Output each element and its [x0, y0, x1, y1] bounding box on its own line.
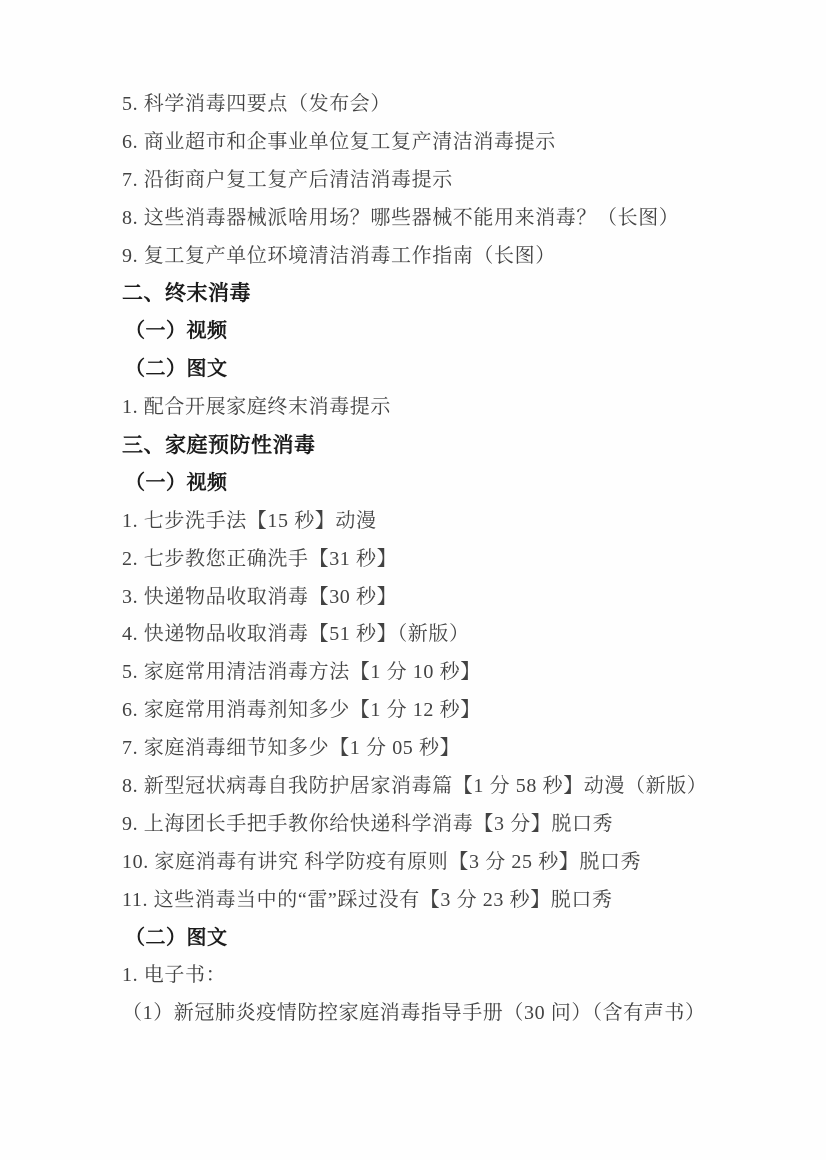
section-heading: 二、终末消毒 — [122, 275, 746, 313]
list-item: 5. 家庭常用清洁消毒方法【1 分 10 秒】 — [122, 654, 746, 692]
list-item: 9. 复工复产单位环境清洁消毒工作指南（长图） — [122, 238, 746, 276]
list-item: 7. 家庭消毒细节知多少【1 分 05 秒】 — [122, 730, 746, 768]
list-item: 1. 配合开展家庭终末消毒提示 — [122, 389, 746, 427]
list-item: 6. 家庭常用消毒剂知多少【1 分 12 秒】 — [122, 692, 746, 730]
subsection-heading: （二）图文 — [122, 920, 746, 958]
list-item: （1）新冠肺炎疫情防控家庭消毒指导手册（30 问）（含有声书） — [122, 995, 746, 1033]
section-heading: 三、家庭预防性消毒 — [122, 427, 746, 465]
list-item: 11. 这些消毒当中的“雷”踩过没有【3 分 23 秒】脱口秀 — [122, 882, 746, 920]
list-item: 8. 这些消毒器械派啥用场？哪些器械不能用来消毒？（长图） — [122, 200, 746, 238]
subsection-heading: （一）视频 — [122, 465, 746, 503]
document-page: 5. 科学消毒四要点（发布会）6. 商业超市和企事业单位复工复产清洁消毒提示7.… — [0, 0, 826, 1160]
list-item: 3. 快递物品收取消毒【30 秒】 — [122, 579, 746, 617]
list-item: 9. 上海团长手把手教你给快递科学消毒【3 分】脱口秀 — [122, 806, 746, 844]
list-item: 5. 科学消毒四要点（发布会） — [122, 86, 746, 124]
list-item: 8. 新型冠状病毒自我防护居家消毒篇【1 分 58 秒】动漫（新版） — [122, 768, 746, 806]
list-item: 4. 快递物品收取消毒【51 秒】（新版） — [122, 616, 746, 654]
subsection-heading: （一）视频 — [122, 313, 746, 351]
list-item: 6. 商业超市和企事业单位复工复产清洁消毒提示 — [122, 124, 746, 162]
list-item: 10. 家庭消毒有讲究 科学防疫有原则【3 分 25 秒】脱口秀 — [122, 844, 746, 882]
subsection-heading: （二）图文 — [122, 351, 746, 389]
list-item: 1. 七步洗手法【15 秒】动漫 — [122, 503, 746, 541]
list-item: 2. 七步教您正确洗手【31 秒】 — [122, 541, 746, 579]
list-item: 7. 沿街商户复工复产后清洁消毒提示 — [122, 162, 746, 200]
list-item: 1. 电子书： — [122, 957, 746, 995]
